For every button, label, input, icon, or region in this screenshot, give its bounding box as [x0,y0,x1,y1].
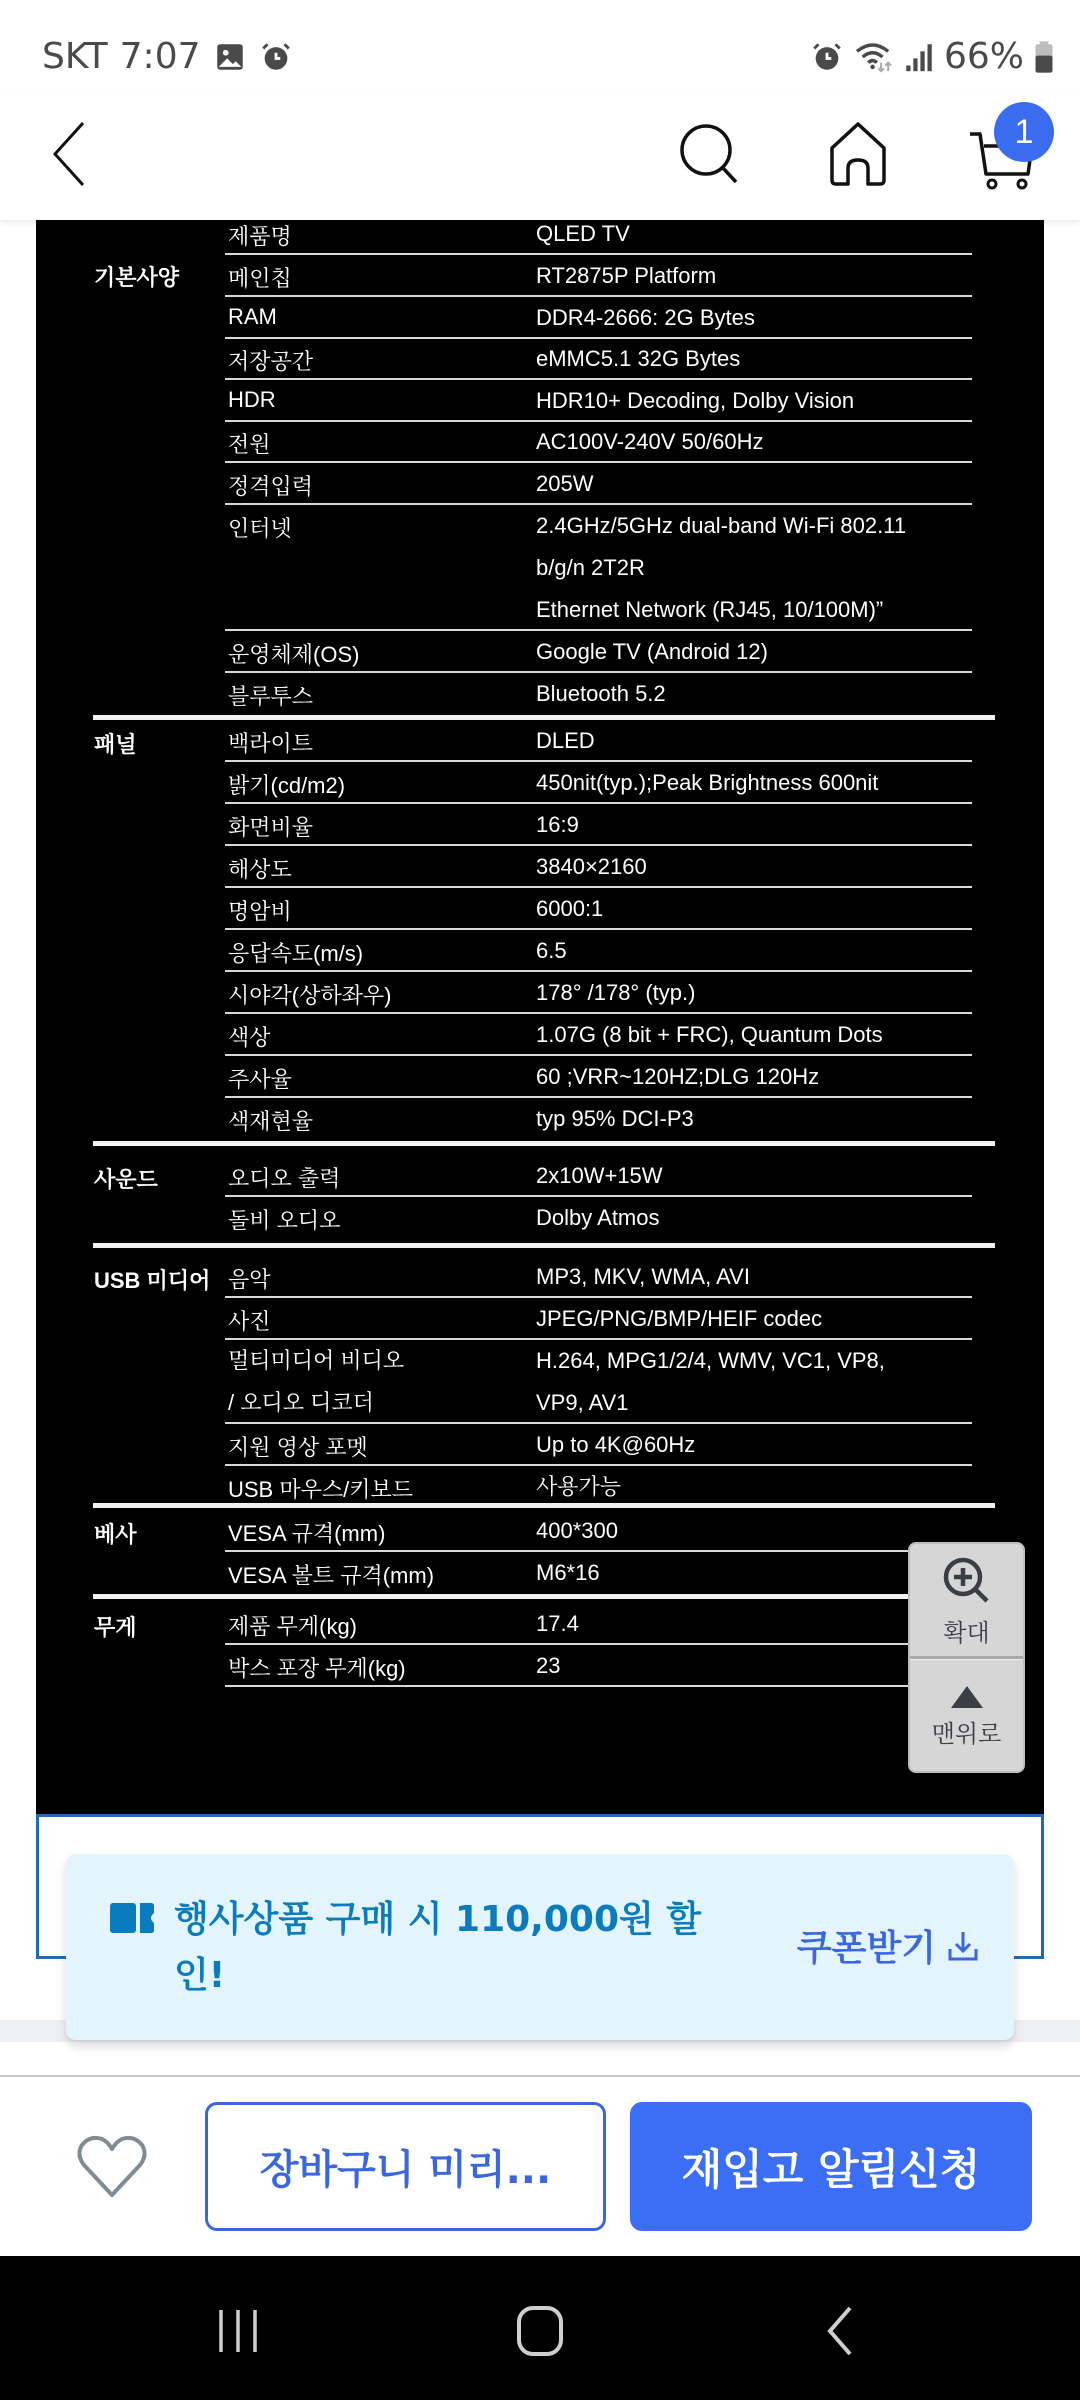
spec-row: 백라이트DLED [225,720,972,762]
spec-row: VESA 규격(mm)400*300 [225,1510,972,1552]
coupon-banner[interactable]: 행사상품 구매 시 110,000원 할인! 쿠폰받기 [66,1854,1014,2040]
section-title: 무게 [94,1611,137,1642]
spec-label: 색상 [228,1021,271,1052]
spec-label: USB 마우스/키보드 [228,1473,413,1504]
back-nav-icon [820,2304,860,2358]
spec-value: eMMC5.1 32G Bytes [536,338,740,380]
back-button[interactable] [30,114,110,194]
spec-label: 정격입력 [228,470,313,501]
spec-label: 밝기(cd/m2) [228,769,345,800]
spec-row: VESA 볼트 규격(mm)M6*16 [225,1552,972,1594]
spec-value: 사용가능 [536,1466,621,1508]
spec-row: 박스 포장 무게(kg)23 [225,1645,972,1687]
spec-row: 오디오 출력2x10W+15W [225,1155,972,1197]
back-nav-button[interactable] [800,2296,880,2366]
spec-row: 돌비 오디오Dolby Atmos [225,1197,972,1239]
spec-label: 제품 무게(kg) [228,1610,357,1641]
spec-row: 메인칩RT2875P Platform [225,255,972,297]
spec-label: 전원 [228,428,271,459]
spec-row: RAMDDR4-2666: 2G Bytes [225,297,972,339]
spec-row: 블루투스Bluetooth 5.2 [225,673,972,715]
spec-label: 인터넷 [228,512,292,543]
spec-value: 400*300 [536,1510,618,1552]
spec-row: 전원AC100V-240V 50/60Hz [225,421,972,463]
spec-label: 메인칩 [228,262,292,293]
heart-icon [76,2133,148,2199]
spec-table: 기본사양 제품명QLED TV 메인칩RT2875P Platform RAMD… [36,213,1044,1815]
spec-label: 지원 영상 포멧 [228,1431,368,1462]
spec-row: 화면비율16:9 [225,804,972,846]
spec-value-line: 2.4GHz/5GHz dual-band Wi-Fi 802.11 [536,505,906,547]
spec-row: 음악MP3, MKV, WMA, AVI [225,1256,972,1298]
spec-row: 지원 영상 포멧Up to 4K@60Hz [225,1424,972,1466]
search-button[interactable] [672,114,752,194]
spec-value: typ 95% DCI-P3 [536,1098,694,1140]
spec-row: 제품 무게(kg)17.4 [225,1603,972,1645]
spec-row: 주사율60 ;VRR~120HZ;DLG 120Hz [225,1056,972,1098]
coupon-icon [110,1903,154,1933]
zoom-in-label: 확대 [943,1613,989,1648]
scroll-top-button[interactable]: 맨위로 [910,1660,1023,1773]
spec-label: 음악 [228,1263,271,1294]
alarm-icon [259,40,293,74]
spec-label-line: / 오디오 디코더 [228,1382,404,1424]
spec-label: 응답속도(m/s) [228,937,363,968]
spec-label: RAM [228,304,277,330]
section-title: 패널 [94,728,137,759]
spec-value: 6000:1 [536,888,603,930]
clock: 7:07 [120,36,201,77]
spec-value: 16:9 [536,804,579,846]
status-right: 66% [810,36,1054,77]
spec-label: 블루투스 [228,680,313,711]
spec-label: 사진 [228,1305,271,1336]
floating-tools: 확대 맨위로 [908,1542,1025,1773]
spec-value: MP3, MKV, WMA, AVI [536,1256,750,1298]
spec-value: 2x10W+15W [536,1155,663,1197]
get-coupon-button[interactable]: 쿠폰받기 [797,1920,980,1971]
section-divider [93,1594,995,1599]
home-nav-button[interactable] [500,2296,580,2366]
spec-value: 205W [536,463,593,505]
wifi-icon [854,40,894,74]
spec-label: HDR [228,387,276,413]
system-nav-bar [0,2256,1080,2400]
status-bar: SKT 7:07 66% [0,0,1080,92]
spec-label: 화면비율 [228,811,313,842]
section-title: 기본사양 [94,261,179,292]
status-left: SKT 7:07 [42,36,293,77]
spec-label: 시야각(상하좌우) [228,979,391,1010]
spec-value: Up to 4K@60Hz [536,1424,695,1466]
spec-row: 색재현율typ 95% DCI-P3 [225,1098,972,1140]
cart-button[interactable]: 1 [962,114,1042,194]
action-bar-divider [0,2075,1080,2077]
wishlist-button[interactable] [72,2130,152,2202]
recent-apps-button[interactable] [198,2296,278,2366]
home-icon [822,118,894,190]
spec-value: RT2875P Platform [536,255,716,297]
spec-row: USB 마우스/키보드사용가능 [225,1466,972,1508]
spec-label: 돌비 오디오 [228,1204,340,1235]
zoom-in-button[interactable]: 확대 [910,1544,1023,1657]
spec-row: HDRHDR10+ Decoding, Dolby Vision [225,380,972,422]
section-divider [93,1243,995,1248]
spec-value: 3840×2160 [536,846,647,888]
scroll-top-label: 맨위로 [932,1714,1002,1749]
spec-value-line: H.264, MPG1/2/4, WMV, VC1, VP8, [536,1340,885,1382]
triangle-up-icon [949,1684,985,1710]
spec-value: AC100V-240V 50/60Hz [536,421,764,463]
spec-value: 1.07G (8 bit + FRC), Quantum Dots [536,1014,883,1056]
spec-label: 운영체제(OS) [228,638,359,669]
spec-value-line: VP9, AV1 [536,1382,885,1424]
spec-row: 정격입력205W [225,463,972,505]
spec-value: M6*16 [536,1552,600,1594]
spec-row: 인터넷2.4GHz/5GHz dual-band Wi-Fi 802.11b/g… [225,505,972,631]
spec-label: 해상도 [228,853,292,884]
spec-value: DLED [536,720,595,762]
get-coupon-label: 쿠폰받기 [797,1920,936,1971]
spec-row: 운영체제(OS)Google TV (Android 12) [225,631,972,673]
home-nav-icon [515,2304,565,2358]
spec-label: 멀티미디어 비디오/ 오디오 디코더 [228,1340,404,1424]
spec-value-line: Ethernet Network (RJ45, 10/100M)” [536,589,906,631]
spec-value: Dolby Atmos [536,1197,660,1239]
add-to-cart-button[interactable]: 장바구니 미리... [205,2102,606,2231]
spec-value: 17.4 [536,1603,579,1645]
spec-value: 23 [536,1645,560,1687]
spec-row: 해상도3840×2160 [225,846,972,888]
spec-label: 명암비 [228,895,292,926]
battery-percent: 66% [944,36,1024,77]
spec-label: 저장공간 [228,345,313,376]
spec-value: 60 ;VRR~120HZ;DLG 120Hz [536,1056,819,1098]
section-title: 베사 [94,1518,137,1549]
spec-label: VESA 볼트 규격(mm) [228,1559,434,1590]
spec-label: 제품명 [228,220,292,251]
spec-value: 2.4GHz/5GHz dual-band Wi-Fi 802.11b/g/n … [536,505,906,631]
section-title: 사운드 [94,1163,158,1194]
spec-row: 멀티미디어 비디오/ 오디오 디코더H.264, MPG1/2/4, WMV, … [225,1340,972,1424]
spec-row: 시야각(상하좌우)178° /178° (typ.) [225,972,972,1014]
spec-value: Google TV (Android 12) [536,631,768,673]
section-divider [93,1503,995,1508]
app-header: 1 [0,92,1080,220]
carrier: SKT [42,36,108,77]
download-icon [946,1929,980,1963]
spec-value: JPEG/PNG/BMP/HEIF codec [536,1298,822,1340]
zoom-in-icon [939,1553,995,1609]
coupon-message: 행사상품 구매 시 110,000원 할인! [174,1892,734,2004]
restock-alert-button[interactable]: 재입고 알림신청 [630,2102,1032,2231]
spec-value-line: b/g/n 2T2R [536,547,906,589]
spec-value: 6.5 [536,930,567,972]
spec-row: 저장공간eMMC5.1 32G Bytes [225,338,972,380]
spec-label: 색재현율 [228,1105,313,1136]
search-icon [676,118,748,190]
spec-value: HDR10+ Decoding, Dolby Vision [536,380,854,422]
spec-value: H.264, MPG1/2/4, WMV, VC1, VP8,VP9, AV1 [536,1340,885,1424]
alarm-icon [810,40,844,74]
spec-value: DDR4-2666: 2G Bytes [536,297,755,339]
spec-label: VESA 규격(mm) [228,1517,385,1548]
chevron-left-icon [45,119,95,189]
spec-label-line: 멀티미디어 비디오 [228,1340,404,1382]
spec-value: 450nit(typ.);Peak Brightness 600nit [536,762,878,804]
home-button[interactable] [818,114,898,194]
spec-label: 박스 포장 무게(kg) [228,1652,406,1683]
spec-row: 명암비6000:1 [225,888,972,930]
battery-icon [1034,40,1054,74]
spec-row: 응답속도(m/s)6.5 [225,930,972,972]
section-divider [93,1141,995,1146]
spec-value: Bluetooth 5.2 [536,673,666,715]
spec-row: 사진JPEG/PNG/BMP/HEIF codec [225,1298,972,1340]
recent-apps-icon [213,2306,263,2356]
spec-label: 주사율 [228,1063,292,1094]
spec-row: 밝기(cd/m2)450nit(typ.);Peak Brightness 60… [225,762,972,804]
spec-row: 색상1.07G (8 bit + FRC), Quantum Dots [225,1014,972,1056]
signal-icon [904,40,934,74]
section-title: USB 미디어 [94,1264,210,1295]
gallery-icon [213,40,247,74]
spec-label: 백라이트 [228,727,313,758]
spec-value: 178° /178° (typ.) [536,972,695,1014]
cart-count-badge: 1 [994,102,1054,162]
spec-label: 오디오 출력 [228,1162,340,1193]
